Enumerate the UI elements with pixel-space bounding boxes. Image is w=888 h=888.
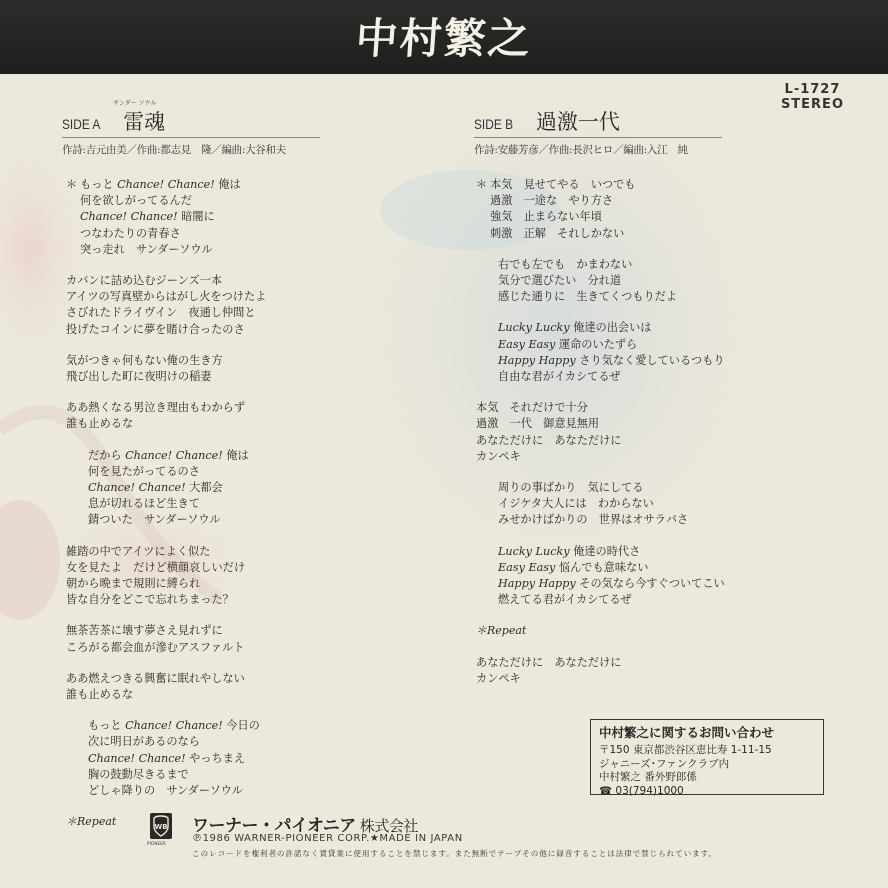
- lyric-line: 次に明日があるのなら: [88, 734, 266, 750]
- divider: [474, 137, 722, 138]
- divider: [62, 137, 320, 138]
- lyric-stanza: Lucky Lucky 俺達の出会いは Easy Easy 運命のいたずら Ha…: [476, 320, 725, 385]
- lyric-line: 過激 一代 御意見無用: [476, 416, 725, 432]
- lyric-stanza: 気がつきゃ何もない俺の生き方 飛び出した町に夜明けの稲妻: [66, 353, 266, 385]
- lyric-line: 突っ走れ サンダーソウル: [80, 242, 266, 258]
- lyric-line: ＊もっと Chance! Chance! 俺は: [80, 177, 266, 193]
- lyric-line: 雑踏の中でアイツによく似た: [66, 544, 266, 560]
- lyric-line: もっと Chance! Chance! 今日の: [88, 718, 266, 734]
- repeat-marker-icon: ＊: [66, 177, 80, 193]
- lyric-line: あなただけに あなただけに: [476, 655, 725, 671]
- lyric-line: Happy Happy さり気なく愛しているつもり: [498, 353, 725, 369]
- logo-subtext: PIONEER: [147, 841, 166, 846]
- wb-shield-logo-icon: WB: [150, 813, 172, 839]
- lyric-line: 周りの事ばかり 気にしてる: [498, 480, 725, 496]
- lyric-line: 女を見たよ だけど横顔哀しいだけ: [66, 560, 266, 576]
- lyric-line: 胸の鼓動尽きるまで: [88, 767, 266, 783]
- lyric-line: Easy Easy 運命のいたずら: [498, 337, 725, 353]
- lyric-line: 気分で選びたい 分れ道: [498, 273, 725, 289]
- lyric-line: 刺激 正解 それしかない: [490, 226, 725, 242]
- lyric-stanza: 周りの事ばかり 気にしてる イジケタ大人には わからない みせかけばかりの 世界…: [476, 480, 725, 529]
- lyric-line: 何を欲しがってるんだ: [80, 193, 266, 209]
- side-a-credits: 作詩:吉元由美／作曲:都志見 隆／編曲:大谷和夫: [62, 142, 320, 157]
- lyric-outro: あなただけに あなただけに カンペキ: [476, 655, 725, 687]
- audio-format: STEREO: [781, 97, 844, 112]
- side-b-song-title: 過激一代: [536, 106, 620, 136]
- side-b-lyrics: ＊本気 見せてやる いつでも 過激 一途な やり方さ 強気 止まらない年頃 刺激…: [476, 177, 725, 702]
- lyric-stanza: 右でも左でも かまわない 気分で選びたい 分れ道 感じた通りに 生きてくつもりだ…: [476, 257, 725, 306]
- lyric-line: さびれたドライヴイン 夜通し仲間と: [66, 305, 266, 321]
- lyric-line: カバンに詰め込むジーンズ一本: [66, 273, 266, 289]
- lyric-line: Easy Easy 悩んでも意味ない: [498, 560, 725, 576]
- lyric-line: ああ燃えつきる興奮に眠れやしない: [66, 671, 266, 687]
- lyric-stanza: ああ熱くなる男泣き理由もわからず 誰も止めるな: [66, 400, 266, 432]
- lyric-line: 自由な君がイカシてるぜ: [498, 369, 725, 385]
- repeat-instruction: ＊Repeat: [476, 623, 725, 639]
- side-b-credits: 作詩:安藤芳彦／作曲:長沢ヒロ／編曲:入江 純: [474, 142, 722, 157]
- contact-title: 中村繁之に関するお問い合わせ: [599, 723, 823, 741]
- contact-postal-address: 〒150 東京都渋谷区恵比寿 1-11-15: [599, 744, 823, 758]
- lyric-line: イジケタ大人には わからない: [498, 496, 725, 512]
- lyric-line: ＊本気 見せてやる いつでも: [490, 177, 725, 193]
- lyric-stanza: ああ燃えつきる興奮に眠れやしない 誰も止めるな: [66, 671, 266, 703]
- side-a-header: SIDE A サンダー ソウル 雷魂 作詩:吉元由美／作曲:都志見 隆／編曲:大…: [62, 100, 320, 157]
- artist-title: 中村繁之: [0, 6, 888, 66]
- lyric-stanza: ＊もっと Chance! Chance! 俺は 何を欲しがってるんだ Chanc…: [66, 177, 266, 258]
- lyric-line: 皆な自分をどこで忘れちまった？: [66, 592, 266, 608]
- lyric-stanza: ＊本気 見せてやる いつでも 過激 一途な やり方さ 強気 止まらない年頃 刺激…: [476, 177, 725, 242]
- lyric-line: Chance! Chance! 暗闇に: [80, 209, 266, 225]
- lyric-line: Chance! Chance! 大都会: [88, 480, 266, 496]
- lyric-stanza: 雑踏の中でアイツによく似た 女を見たよ だけど横顔哀しいだけ 朝から晩まで規則に…: [66, 544, 266, 609]
- lyric-line: 右でも左でも かまわない: [498, 257, 725, 273]
- copyright-notice: ℗1986 WARNER-PIONEER CORP.★MADE IN JAPAN: [192, 833, 463, 844]
- lyric-line: 錆ついた サンダーソウル: [88, 512, 266, 528]
- contact-phone: ☎ 03(794)1000: [599, 785, 823, 799]
- lyric-line: 何を見たがってるのさ: [88, 464, 266, 480]
- lyric-stanza: 本気 それだけで十分 過激 一代 御意見無用 あなただけに あなただけに カンペ…: [476, 400, 725, 465]
- lyric-line: ころがる都会血が滲むアスファルト: [66, 640, 266, 656]
- lyric-line: アイツの写真壁からはがし火をつけたよ: [66, 289, 266, 305]
- lyric-stanza: 無茶苦茶に壊す夢さえ見れずに ころがる都会血が滲むアスファルト: [66, 623, 266, 655]
- lyric-line: Chance! Chance! やっちまえ: [88, 751, 266, 767]
- legal-warning: このレコードを権利者の許諾なく賃貸業に使用することを禁じます。また無断でテープそ…: [192, 848, 717, 859]
- fanclub-contact-box: 中村繁之に関するお問い合わせ 〒150 東京都渋谷区恵比寿 1-11-15 ジャ…: [590, 719, 824, 795]
- lyric-line: みせかけばかりの 世界はオサラバさ: [498, 512, 725, 528]
- repeat-marker-icon: ＊: [476, 177, 490, 193]
- side-b-header: SIDE B 過激一代 作詩:安藤芳彦／作曲:長沢ヒロ／編曲:入江 純: [474, 100, 722, 157]
- lyric-line: 誰も止めるな: [66, 416, 266, 432]
- side-a-title-ruby: サンダー ソウル: [113, 98, 156, 107]
- lyric-line: 感じた通りに 生きてくつもりだよ: [498, 289, 725, 305]
- lyric-line: Lucky Lucky 俺達の時代さ: [498, 544, 725, 560]
- lyric-line: 息が切れるほど生きて: [88, 496, 266, 512]
- side-a-song-title: サンダー ソウル 雷魂: [123, 106, 165, 136]
- lyric-line: あなただけに あなただけに: [476, 433, 725, 449]
- lyric-line: Lucky Lucky 俺達の出会いは: [498, 320, 725, 336]
- lyric-line: 燃えてる君がイカシてるぜ: [498, 592, 725, 608]
- lyric-line: 誰も止めるな: [66, 687, 266, 703]
- side-b-label: SIDE B: [474, 116, 513, 136]
- lyric-line: 飛び出した町に夜明けの稲妻: [66, 369, 266, 385]
- svg-text:WB: WB: [154, 823, 167, 831]
- side-a-label: SIDE A: [62, 116, 100, 136]
- lyric-line: ああ熱くなる男泣き理由もわからず: [66, 400, 266, 416]
- lyric-line: 朝から晩まで規則に縛られ: [66, 576, 266, 592]
- catalog-info: L-1727 STEREO: [781, 82, 844, 112]
- lyric-line: だから Chance! Chance! 俺は: [88, 448, 266, 464]
- lyric-stanza: カバンに詰め込むジーンズ一本 アイツの写真壁からはがし火をつけたよ さびれたドラ…: [66, 273, 266, 338]
- lyric-line: どしゃ降りの サンダーソウル: [88, 783, 266, 799]
- side-a-lyrics: ＊もっと Chance! Chance! 俺は 何を欲しがってるんだ Chanc…: [66, 177, 266, 846]
- lyric-stanza: だから Chance! Chance! 俺は 何を見たがってるのさ Chance…: [66, 448, 266, 529]
- contact-organization: ジャニーズ･ファンクラブ内: [599, 758, 823, 772]
- lyric-line: 本気 それだけで十分: [476, 400, 725, 416]
- contact-department: 中村繁之 番外野郎係: [599, 771, 823, 785]
- lyric-line: つなわたりの青春さ: [80, 226, 266, 242]
- lyric-line: 無茶苦茶に壊す夢さえ見れずに: [66, 623, 266, 639]
- lyric-line: 投げたコインに夢を賭け合ったのさ: [66, 322, 266, 338]
- lyric-line: カンペキ: [476, 671, 725, 687]
- lyric-stanza: もっと Chance! Chance! 今日の 次に明日があるのなら Chanc…: [66, 718, 266, 799]
- lyric-stanza: Lucky Lucky 俺達の時代さ Easy Easy 悩んでも意味ない Ha…: [476, 544, 725, 609]
- lyric-line: 気がつきゃ何もない俺の生き方: [66, 353, 266, 369]
- lyric-line: 強気 止まらない年頃: [490, 209, 725, 225]
- lyric-line: Happy Happy その気なら今すぐついてこい: [498, 576, 725, 592]
- lyric-line: 過激 一途な やり方さ: [490, 193, 725, 209]
- lyric-line: カンペキ: [476, 449, 725, 465]
- catalog-number: L-1727: [781, 82, 844, 97]
